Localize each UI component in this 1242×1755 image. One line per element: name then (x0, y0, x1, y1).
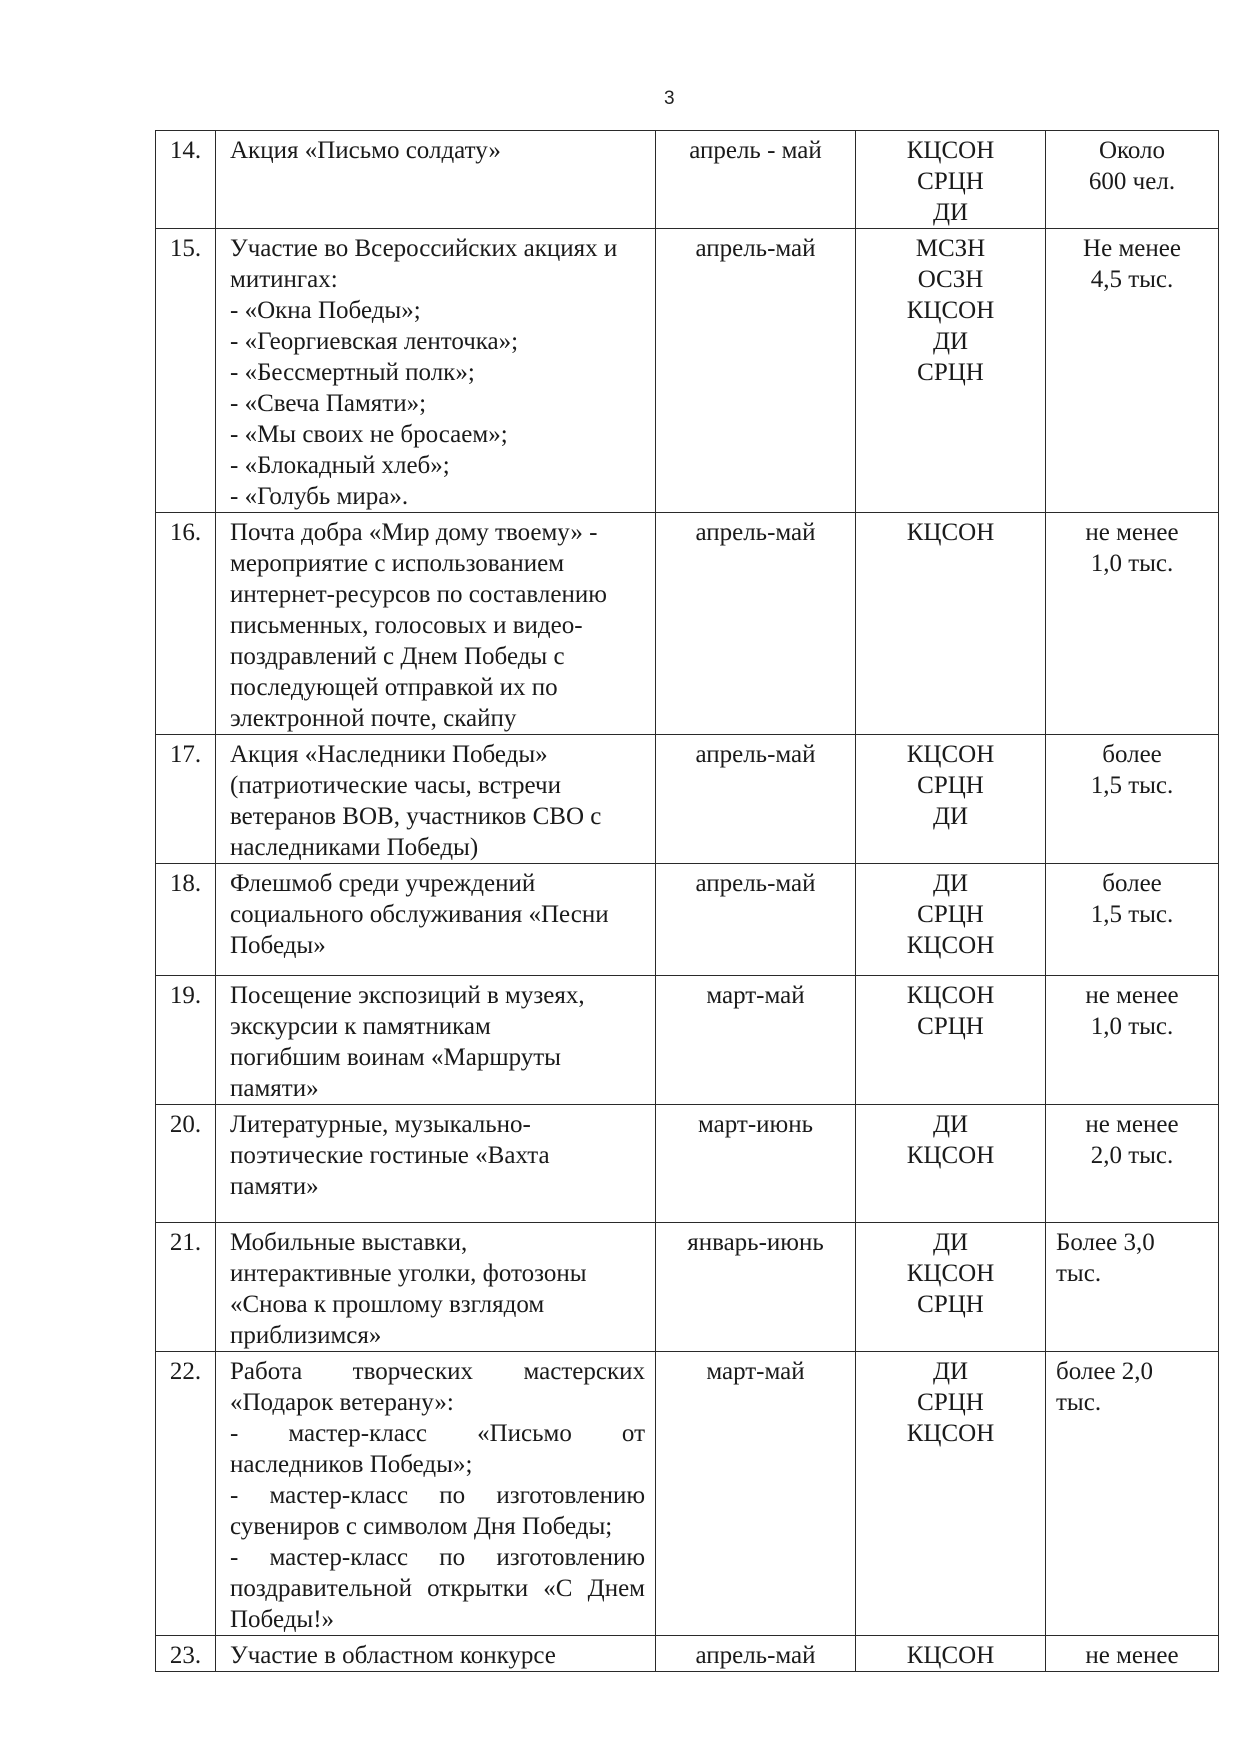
row-number: 15. (156, 229, 216, 513)
event-executors: ДИСРЦНКЦСОН (856, 1352, 1046, 1636)
event-description: Акция «Письмо солдату» (216, 131, 656, 229)
event-executors: КЦСОН (856, 513, 1046, 735)
executor: МСЗН (856, 233, 1045, 264)
description-line: Участие в областном конкурсе (230, 1640, 645, 1671)
participant-count: более1,5 тыс. (1046, 864, 1219, 976)
description-line: «Снова к прошлому взглядом (230, 1289, 645, 1320)
description-line: памяти» (230, 1171, 645, 1202)
description-line: - «Бессмертный полк»; (230, 357, 645, 388)
event-period: апрель-май (656, 513, 856, 735)
executor: СРЦН (856, 357, 1045, 388)
event-executors: ДИСРЦНКЦСОН (856, 864, 1046, 976)
event-period: апрель - май (656, 131, 856, 229)
executor: КЦСОН (856, 517, 1045, 548)
event-executors: КЦСОН (856, 1636, 1046, 1672)
participant-count: не менее1,0 тыс. (1046, 976, 1219, 1105)
event-description: Участие во Всероссийских акциях и митинг… (216, 229, 656, 513)
executor: КЦСОН (856, 135, 1045, 166)
participant-count: более 2,0тыс. (1046, 1352, 1219, 1636)
table-row: 17.Акция «Наследники Победы»(патриотичес… (156, 735, 1219, 864)
executor: КЦСОН (856, 1140, 1045, 1171)
description-line: электронной почте, скайпу (230, 703, 645, 734)
event-period: апрель-май (656, 864, 856, 976)
row-number: 16. (156, 513, 216, 735)
page-number: 3 (664, 88, 675, 110)
description-line: мероприятие с использованием (230, 548, 645, 579)
description-line: приблизимся» (230, 1320, 645, 1351)
executor: ДИ (856, 868, 1045, 899)
executor: КЦСОН (856, 980, 1045, 1011)
description-line: - «Свеча Памяти»; (230, 388, 645, 419)
description-line: ветеранов ВОВ, участников СВО с (230, 801, 645, 832)
row-number: 14. (156, 131, 216, 229)
description-line: Почта добра «Мир дому твоему» - (230, 517, 645, 548)
count-line: 1,0 тыс. (1046, 548, 1218, 579)
description-line: - мастер-класс «Письмо от наследников По… (230, 1418, 645, 1480)
count-line: 4,5 тыс. (1046, 264, 1218, 295)
description-line: - «Голубь мира». (230, 481, 645, 512)
executor: ДИ (856, 801, 1045, 832)
executor: ДИ (856, 326, 1045, 357)
count-line: не менее (1046, 517, 1218, 548)
count-line: тыс. (1056, 1258, 1218, 1289)
event-executors: МСЗНОСЗНКЦСОНДИСРЦН (856, 229, 1046, 513)
count-line: не менее (1046, 980, 1218, 1011)
description-line: памяти» (230, 1073, 645, 1104)
executor: СРЦН (856, 1289, 1045, 1320)
description-line: - «Окна Победы»; (230, 295, 645, 326)
event-period: март-май (656, 1352, 856, 1636)
description-line: Акция «Наследники Победы» (230, 739, 645, 770)
executor: СРЦН (856, 1387, 1045, 1418)
participant-count: более1,5 тыс. (1046, 735, 1219, 864)
event-period: апрель-май (656, 229, 856, 513)
row-number: 23. (156, 1636, 216, 1672)
executor: КЦСОН (856, 1418, 1045, 1449)
row-number: 19. (156, 976, 216, 1105)
row-number: 17. (156, 735, 216, 864)
table-row: 21.Мобильные выставки,интерактивные угол… (156, 1223, 1219, 1352)
count-line: 1,5 тыс. (1046, 899, 1218, 930)
count-line: Не менее (1046, 233, 1218, 264)
event-description: Участие в областном конкурсе (216, 1636, 656, 1672)
count-line: не менее (1046, 1109, 1218, 1140)
table-row: 20.Литературные, музыкально-поэтические … (156, 1105, 1219, 1223)
count-line: тыс. (1056, 1387, 1218, 1418)
description-line: письменных, голосовых и видео- (230, 610, 645, 641)
participant-count: Более 3,0тыс. (1046, 1223, 1219, 1352)
row-number: 20. (156, 1105, 216, 1223)
event-description: Литературные, музыкально-поэтические гос… (216, 1105, 656, 1223)
executor: КЦСОН (856, 739, 1045, 770)
description-line: Флешмоб среди учреждений (230, 868, 645, 899)
executor: ДИ (856, 197, 1045, 228)
count-line: 1,5 тыс. (1046, 770, 1218, 801)
event-period: апрель-май (656, 735, 856, 864)
row-number: 22. (156, 1352, 216, 1636)
description-line: Акция «Письмо солдату» (230, 135, 645, 166)
executor: КЦСОН (856, 295, 1045, 326)
executor: ДИ (856, 1356, 1045, 1387)
event-period: март-май (656, 976, 856, 1105)
table-row: 19.Посещение экспозиций в музеях,экскурс… (156, 976, 1219, 1105)
executor: СРЦН (856, 899, 1045, 930)
executor: СРЦН (856, 770, 1045, 801)
event-executors: КЦСОНСРЦНДИ (856, 131, 1046, 229)
executor: ДИ (856, 1109, 1045, 1140)
description-line: (патриотические часы, встречи (230, 770, 645, 801)
description-line: - мастер-класс по изготовлению поздравит… (230, 1542, 645, 1635)
event-executors: ДИКЦСОНСРЦН (856, 1223, 1046, 1352)
description-line: Литературные, музыкально- (230, 1109, 645, 1140)
executor: ДИ (856, 1227, 1045, 1258)
description-line: - «Блокадный хлеб»; (230, 450, 645, 481)
event-description: Акция «Наследники Победы»(патриотические… (216, 735, 656, 864)
participant-count: не менее1,0 тыс. (1046, 513, 1219, 735)
description-line: последующей отправкой их по (230, 672, 645, 703)
description-line: наследниками Победы) (230, 832, 645, 863)
participant-count: не менее2,0 тыс. (1046, 1105, 1219, 1223)
count-line: не менее (1046, 1640, 1218, 1671)
row-number: 21. (156, 1223, 216, 1352)
executor: КЦСОН (856, 1258, 1045, 1289)
table-row: 14.Акция «Письмо солдату»апрель - майКЦС… (156, 131, 1219, 229)
participant-count: не менее (1046, 1636, 1219, 1672)
description-line: - мастер-класс по изготовлению сувениров… (230, 1480, 645, 1542)
event-executors: КЦСОНСРЦНДИ (856, 735, 1046, 864)
description-line: социального обслуживания «Песни (230, 899, 645, 930)
count-line: более 2,0 (1056, 1356, 1218, 1387)
row-number: 18. (156, 864, 216, 976)
count-line: более (1046, 739, 1218, 770)
description-line: Победы» (230, 930, 645, 961)
event-period: январь-июнь (656, 1223, 856, 1352)
count-line: более (1046, 868, 1218, 899)
count-line: 600 чел. (1046, 166, 1218, 197)
executor: КЦСОН (856, 930, 1045, 961)
count-line: 2,0 тыс. (1046, 1140, 1218, 1171)
event-period: апрель-май (656, 1636, 856, 1672)
table-row: 18.Флешмоб среди учрежденийсоциального о… (156, 864, 1219, 976)
description-line: поэтические гостиные «Вахта (230, 1140, 645, 1171)
executor: СРЦН (856, 1011, 1045, 1042)
description-line: поздравлений с Днем Победы с (230, 641, 645, 672)
event-description: Работа творческих мастерских «Подарок ве… (216, 1352, 656, 1636)
description-line: Посещение экспозиций в музеях, (230, 980, 645, 1011)
description-line: экскурсии к памятникам (230, 1011, 645, 1042)
description-line: Работа творческих мастерских «Подарок ве… (230, 1356, 645, 1418)
event-executors: ДИКЦСОН (856, 1105, 1046, 1223)
description-line: интернет-ресурсов по составлению (230, 579, 645, 610)
count-line: Около (1046, 135, 1218, 166)
description-line: Мобильные выставки, (230, 1227, 645, 1258)
description-line: - «Георгиевская ленточка»; (230, 326, 645, 357)
participant-count: Около600 чел. (1046, 131, 1219, 229)
event-description: Посещение экспозиций в музеях,экскурсии … (216, 976, 656, 1105)
event-executors: КЦСОНСРЦН (856, 976, 1046, 1105)
table-row: 22.Работа творческих мастерских «Подарок… (156, 1352, 1219, 1636)
description-line: - «Мы своих не бросаем»; (230, 419, 645, 450)
event-period: март-июнь (656, 1105, 856, 1223)
count-line: Более 3,0 (1056, 1227, 1218, 1258)
executor: КЦСОН (856, 1640, 1045, 1671)
participant-count: Не менее4,5 тыс. (1046, 229, 1219, 513)
executor: ОСЗН (856, 264, 1045, 295)
table-row: 23.Участие в областном конкурсеапрель-ма… (156, 1636, 1219, 1672)
description-line: Участие во Всероссийских акциях и митинг… (230, 233, 645, 295)
executor: СРЦН (856, 166, 1045, 197)
event-description: Мобильные выставки,интерактивные уголки,… (216, 1223, 656, 1352)
table-row: 15.Участие во Всероссийских акциях и мит… (156, 229, 1219, 513)
description-line: погибшим воинам «Маршруты (230, 1042, 645, 1073)
events-table: 14.Акция «Письмо солдату»апрель - майКЦС… (155, 130, 1219, 1672)
table-row: 16.Почта добра «Мир дому твоему» -меропр… (156, 513, 1219, 735)
count-line: 1,0 тыс. (1046, 1011, 1218, 1042)
description-line: интерактивные уголки, фотозоны (230, 1258, 645, 1289)
event-description: Почта добра «Мир дому твоему» -мероприят… (216, 513, 656, 735)
event-description: Флешмоб среди учрежденийсоциального обсл… (216, 864, 656, 976)
